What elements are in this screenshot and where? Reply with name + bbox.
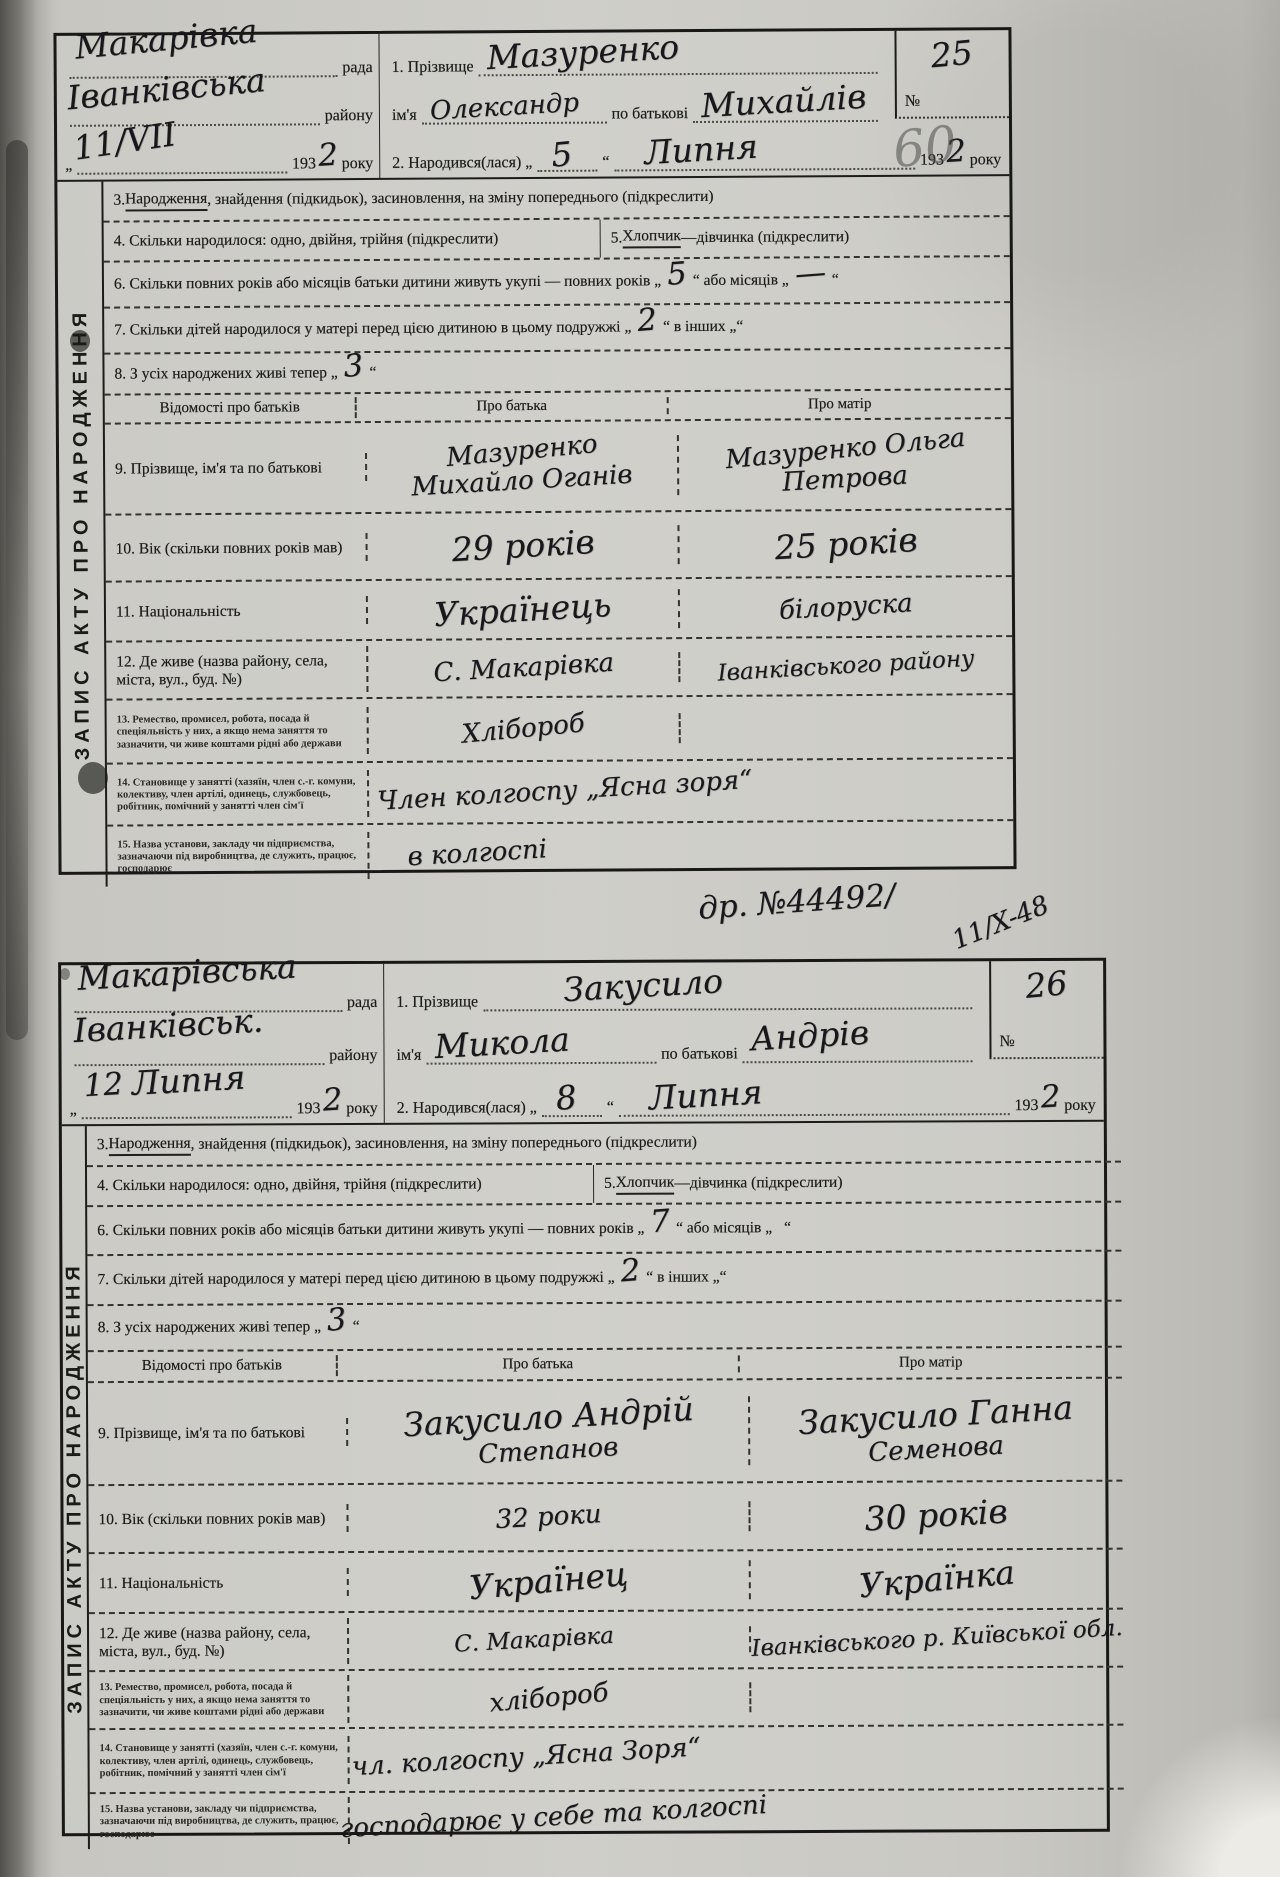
years-together-handwritten: 5 (666, 255, 688, 292)
father-age-cell: 32 роки (348, 1501, 750, 1533)
close-quote: “ (832, 271, 839, 289)
dotted-rule: Липня (619, 1113, 1009, 1117)
row-14-status: 14. Становище у занятті (хазяїн, член с.… (89, 1726, 1123, 1794)
mother-age-handwritten: 25 років (773, 520, 918, 567)
row-9-full-names: 9. Прізвище, ім'я та по батькові Закусил… (88, 1378, 1122, 1486)
row10-label: 10. Вік (скільки повних років мав) (106, 533, 368, 563)
row6-label-a: 6. Скільки повних років або місяців бать… (97, 1219, 644, 1239)
open-quote: „ (70, 1101, 77, 1119)
row-15-workplace: 15. Назва установи, закладу чи підприємс… (107, 821, 1013, 886)
father-occupation-cell: хлібороб (349, 1682, 751, 1714)
year-prefix: 193 (292, 155, 316, 173)
mother-age-cell: 30 років (750, 1495, 1122, 1536)
birth-date-label: 2. Народився(лася) „ (392, 154, 532, 173)
parents-table-header: Відомості про батьків Про батька Про мат… (88, 1347, 1122, 1383)
close-quote: “ (369, 363, 376, 381)
form2-header: Макарівська рада Іванківськ. району „ 12… (61, 961, 1104, 1127)
close-quote: “ (602, 154, 609, 172)
dotted-rule: Микола (426, 1062, 656, 1065)
father-residence-cell: С. Макарівка (368, 653, 680, 685)
row5-rest: —дівчинка (підкреслити) (681, 228, 849, 247)
dotted-rule (77, 172, 287, 175)
registration-date-line: „ 11/VII 193 2 року (65, 130, 373, 180)
birth-day-handwritten: 5 (550, 134, 575, 175)
status-handwritten: Член колгоспу „Ясна зоря“ (377, 765, 754, 817)
roku-label: року (970, 151, 1002, 169)
row5-prefix: 5. (611, 229, 623, 247)
col-father-header: Про батька (357, 397, 669, 416)
name-handwritten: Микола (433, 1020, 570, 1067)
mother-nationality-handwritten: Українка (857, 1553, 1016, 1606)
row-4-5: 4. Скільки народилося: одно, двійня, трі… (87, 1162, 1121, 1207)
row-3-birth-type: 3. Народження , знайдення (підкидьок), з… (103, 176, 1009, 222)
years-together-handwritten: 7 (649, 1203, 671, 1240)
months-together-handwritten: — (793, 254, 827, 292)
dotted-rule: Олександр (422, 122, 607, 125)
dotted-rule (82, 1116, 292, 1119)
row5-prefix: 5. (604, 1175, 616, 1193)
row7-label-a: 7. Скільки дітей народилося у матері пер… (97, 1269, 614, 1289)
father-residence-handwritten: С. Макарівка (432, 648, 614, 689)
torn-left-edge (0, 0, 54, 1877)
form1-side-title: ЗАПИС АКТУ ПРО НАРОДЖЕННЯ (69, 308, 95, 761)
row-13-occupation: 13. Ремество, промисел, робота, посада й… (107, 696, 1013, 765)
registration-year-digit: 2 (321, 1082, 343, 1119)
roku-label: року (346, 1100, 378, 1118)
row-11-nationality: 11. Національність Українец Українка (89, 1550, 1123, 1615)
name-handwritten: Олександр (429, 88, 580, 127)
row5-underlined-word: Хлопчик (622, 228, 681, 249)
children-before-handwritten: 2 (619, 1252, 641, 1289)
dotted-rule: Мазуренко (479, 72, 878, 76)
mother-residence-handwritten: Іванківського району (717, 646, 975, 687)
row-12-residence: 12. Де живе (назва району, села, міста, … (106, 637, 1012, 701)
col-mother-header: Про матір (740, 1353, 1122, 1372)
form1-side-strip: ЗАПИС АКТУ ПРО НАРОДЖЕННЯ (57, 182, 107, 887)
row6-label-a: 6. Скільки повних років або місяців бать… (114, 272, 661, 293)
row15-label: 15. Назва установи, закладу чи підприємс… (90, 1797, 350, 1845)
pencil-number-annotation: 60 (890, 115, 959, 179)
workplace-handwritten: господарює у себе та колгоспі (339, 1790, 767, 1844)
alive-now-handwritten: 3 (326, 1301, 348, 1338)
row-14-status: 14. Становище у занятті (хазяїн, член с.… (107, 759, 1013, 826)
district-label: району (329, 1047, 377, 1065)
council-label: рада (347, 994, 377, 1012)
row-8-alive-now: 8. З усіх народжених живі тепер „ 3 “ (88, 1302, 1122, 1352)
father-name-cell: Закусило Андрій Степанов (348, 1396, 750, 1467)
record-number-handwritten: 25 (929, 33, 974, 76)
surname-label: 1. Прізвище (392, 58, 474, 76)
birth-month-handwritten: Липня (643, 127, 759, 173)
row-10-age: 10. Вік (скільки повних років мав) 29 ро… (105, 510, 1011, 583)
close-quote: “ (353, 1318, 360, 1336)
mother-name-line2: Петрова (782, 461, 909, 498)
mother-residence-cell: Іванківського району (680, 652, 1012, 680)
mother-occupation-cell (681, 726, 1013, 728)
record-number-label: № (905, 93, 920, 111)
father-residence-handwritten: С. Макарівка (454, 1623, 615, 1658)
close-quote: “ (720, 1268, 727, 1286)
row9-label: 9. Прізвище, ім'я та по батькові (105, 453, 367, 483)
row14-label: 14. Становище у занятті (хазяїн, член с.… (107, 770, 369, 819)
registration-year-digit: 2 (317, 137, 339, 174)
row3-prefix: 3. (97, 1136, 109, 1154)
father-age-cell: 29 років (367, 525, 679, 566)
dotted-rule: 8 (542, 1115, 602, 1117)
father-nationality-cell: Українец (349, 1561, 751, 1602)
col-father-header: Про батька (338, 1355, 740, 1374)
row-9-full-names: 9. Прізвище, ім'я та по батькові Мазурен… (105, 419, 1012, 515)
row7-label-b: “ в інших „ (646, 1268, 719, 1286)
row5-underlined-word: Хлопчик (616, 1173, 675, 1194)
row8-label: 8. З усіх народжених живі тепер „ (98, 1318, 321, 1337)
birth-month-handwritten: Липня (648, 1072, 764, 1117)
row-4-how-many-born: 4. Скільки народилося: одно, двійня, трі… (87, 1175, 593, 1195)
birth-record-form-1: Макарівка рада Іванківська району „ 11/V… (53, 27, 1016, 875)
patronymic-handwritten: Андрів (750, 1013, 871, 1059)
row-5-boy-girl: 5. Хлопчик —дівчинка (підкреслити) (600, 217, 1010, 258)
father-nationality-handwritten: Українец (468, 1554, 630, 1607)
name-label: ім'я (396, 1047, 421, 1065)
mother-name-cell: Закусило Ганна Семенова (750, 1394, 1122, 1465)
row6-label-b: “ або місяців „ (693, 271, 789, 290)
record-number-box: № 26 (989, 961, 1103, 1059)
father-name-cell: Мазуренко Михайло Оганів (367, 435, 679, 497)
row3-underlined-word: Народження (108, 1135, 190, 1156)
father-nationality-handwritten: Українець (433, 585, 612, 634)
father-age-handwritten: 32 роки (495, 1499, 602, 1535)
row13-label: 13. Ремество, промисел, робота, посада й… (89, 1675, 349, 1723)
district-label: району (325, 107, 373, 125)
row-6-years-together: 6. Скільки повних років або місяців бать… (104, 257, 1010, 308)
row12-label: 12. Де живе (назва району, села, міста, … (89, 1618, 349, 1665)
patronymic-handwritten: Михайлів (700, 77, 867, 126)
registration-month-handwritten: Липня (131, 1058, 247, 1103)
dotted-rule: Михайлів (693, 120, 878, 123)
row7-label-b: “ в інших „ (663, 318, 736, 336)
row-8-alive-now: 8. З усіх народжених живі тепер „ 3 “ (104, 349, 1010, 395)
row-13-occupation: 13. Ремество, промисел, робота, посада й… (89, 1668, 1123, 1731)
workplace-mother-cell (681, 851, 1013, 853)
year-prefix: 193 (296, 1100, 320, 1118)
mother-age-cell: 25 років (679, 523, 1011, 564)
row3-rest: , знайдення (підкидьок), засиновлення, н… (207, 188, 713, 209)
row11-label: 11. Національність (106, 596, 368, 626)
birth-date-label: 2. Народився(лася) „ (397, 1099, 537, 1118)
form1-header-left: Макарівка рада Іванківська району „ 11/V… (56, 34, 380, 180)
surname-handwritten: Закусило (562, 961, 724, 1009)
mother-nationality-cell: білоруска (680, 591, 1012, 623)
mother-name-cell: Мазуренко Ольга Петрова (679, 433, 1011, 495)
row12-label: 12. Де живе (назва району, села, міста, … (106, 646, 368, 694)
open-quote: „ (65, 157, 72, 175)
father-residence-cell: С. Макарівка (349, 1626, 751, 1654)
record-number-box: № 25 (894, 30, 1009, 119)
dotted-rule: Закусило (483, 1007, 972, 1011)
children-before-handwritten: 2 (636, 302, 658, 339)
birth-year-digit: 2 (1039, 1078, 1061, 1115)
birth-date-line: 2. Народився(лася) „ 8 “ Липня 193 2 рок… (397, 1067, 1096, 1123)
roku-label: року (342, 155, 374, 173)
mother-name-line2: Семенова (868, 1430, 1005, 1468)
year-prefix: 193 (1014, 1097, 1038, 1115)
registration-day-handwritten: 12 (83, 1066, 124, 1104)
form2-header-right: № 26 1. Прізвище Закусило ім'я Микола по… (384, 961, 1104, 1123)
record-number-label: № (999, 1033, 1014, 1051)
form1-header: Макарівка рада Іванківська району „ 11/V… (56, 30, 1009, 182)
col-parents-header: Відомості про батьків (88, 1355, 338, 1377)
row13-label: 13. Ремество, промисел, робота, посада й… (107, 707, 369, 756)
name-label: ім'я (392, 107, 417, 125)
roku-label: року (1064, 1097, 1096, 1115)
row-3-birth-type: 3. Народження , знайдення (підкидьок), з… (87, 1122, 1121, 1167)
patronymic-label: по батькові (611, 105, 688, 123)
mother-occupation-cell (751, 1696, 1123, 1698)
row4-label: 4. Скільки народилося: одно, двійня, трі… (97, 1175, 482, 1195)
row-7-children-before: 7. Скільки дітей народилося у матері пер… (87, 1251, 1121, 1306)
form2-side-title: ЗАПИС АКТУ ПРО НАРОДЖЕННЯ (62, 1261, 87, 1714)
father-nationality-cell: Українець (368, 589, 680, 630)
father-occupation-handwritten: Хлібороб (461, 709, 586, 750)
col-mother-header: Про матір (669, 395, 1011, 414)
form2-header-left: Макарівська рада Іванківськ. району „ 12… (61, 964, 385, 1124)
row-4-how-many-born: 4. Скільки народилося: одно, двійня, трі… (104, 230, 600, 251)
father-age-handwritten: 29 років (450, 522, 595, 569)
registration-date-line: „ 12 Липня 193 2 року (70, 1070, 378, 1124)
mother-nationality-handwritten: білоруска (778, 589, 913, 627)
row15-label: 15. Назва установи, закладу чи підприємс… (107, 832, 369, 881)
alive-now-handwritten: 3 (342, 347, 364, 384)
row14-label: 14. Становище у занятті (хазяїн, член с.… (89, 1736, 349, 1784)
row-12-residence: 12. Де живе (назва району, села, міста, … (89, 1610, 1123, 1673)
surname-handwritten: Мазуренко (485, 27, 680, 77)
row11-label: 11. Національність (89, 1568, 349, 1597)
close-quote: “ (607, 1099, 614, 1117)
row-4-5: 4. Скільки народилося: одно, двійня, трі… (104, 217, 1010, 263)
status-mother-cell (752, 1757, 1124, 1759)
status-handwritten: чл. колгоспу „Ясна Зоря“ (351, 1732, 702, 1782)
father-occupation-handwritten: хлібороб (489, 1678, 610, 1719)
row4-label: 4. Скільки народилося: одно, двійня, трі… (114, 230, 499, 250)
row-10-age: 10. Вік (скільки повних років мав) 32 ро… (88, 1482, 1122, 1554)
dotted-rule: Андрів (743, 1060, 973, 1063)
dotted-rule: Липня (615, 168, 915, 172)
patronymic-label: по батькові (661, 1045, 738, 1063)
row-7-children-before: 7. Скільки дітей народилося у матері пер… (104, 303, 1010, 355)
close-quote: “ (784, 1219, 791, 1237)
row-6-years-together: 6. Скільки повних років або місяців бать… (87, 1203, 1121, 1256)
mother-residence-handwritten: Іванківського р. Київської обл. (751, 1615, 1124, 1662)
record-number-handwritten: 26 (1024, 963, 1069, 1006)
row-11-nationality: 11. Національність Українець білоруска (106, 578, 1012, 643)
birth-record-form-2: Макарівська рада Іванківськ. району „ 12… (58, 958, 1110, 1837)
father-name-line2: Михайло Оганів (411, 460, 634, 503)
row6-label-b: “ або місяців „ (676, 1219, 772, 1237)
row3-underlined-word: Народження (125, 190, 207, 212)
mother-residence-cell: Іванківського р. Київської обл. (751, 1625, 1123, 1653)
row10-label: 10. Вік (скільки повних років мав) (88, 1504, 348, 1533)
row3-rest: , знайдення (підкидьок), засиновлення, н… (191, 1134, 697, 1154)
row-5-boy-girl: 5. Хлопчик —дівчинка (підкреслити) (593, 1162, 1121, 1203)
workplace-mother-cell (752, 1817, 1124, 1819)
row7-label-a: 7. Скільки дітей народилося у матері пер… (114, 318, 631, 339)
council-label: рада (342, 59, 372, 77)
workplace-handwritten: в колгоспі (407, 834, 548, 872)
birth-day-handwritten: 8 (554, 1077, 578, 1118)
dotted-rule: 5 (537, 170, 597, 172)
row-15-workplace: 15. Назва установи, закладу чи підприємс… (90, 1790, 1124, 1850)
mother-nationality-cell: Українка (751, 1559, 1123, 1600)
row5-rest: —дівчинка (підкреслити) (674, 1174, 842, 1193)
father-occupation-cell: Хлібороб (369, 713, 681, 745)
form2-side-strip: ЗАПИС АКТУ ПРО НАРОДЖЕННЯ (62, 1126, 90, 1849)
surname-label: 1. Прізвище (396, 993, 478, 1011)
close-quote: “ (736, 318, 743, 336)
row8-label: 8. З усіх народжених живі тепер „ (114, 364, 337, 383)
col-parents-header: Відомості про батьків (105, 397, 357, 420)
row3-prefix: 3. (113, 192, 125, 210)
row9-label: 9. Прізвище, ім'я та по батькові (88, 1418, 348, 1447)
mother-age-handwritten: 30 років (864, 1492, 1009, 1539)
